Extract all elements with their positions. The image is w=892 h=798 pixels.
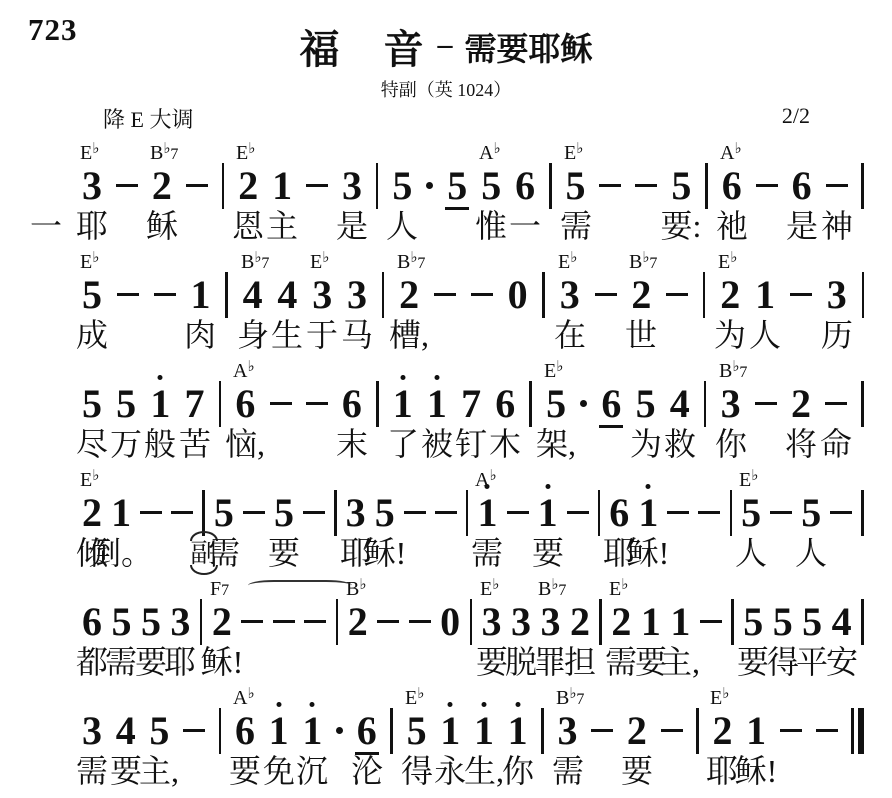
duration-dash [825,402,847,405]
note-row: 5517661176565432 [82,381,864,426]
note-row: 655322033322115554 [82,599,864,644]
note-digit: 7 [185,382,205,426]
note-digit: 5 [741,491,761,535]
note-digit: 1 [393,382,413,426]
lyric-syllable: 稣 [146,208,178,245]
barline [542,272,545,318]
barline [861,381,864,427]
chord-extension: 7 [417,255,425,272]
chord-root: E [564,142,576,164]
notation-system: E♭B♭7E♭A♭E♭A♭3221355565566一耶稣恩主是人惟一需要:祂是… [0,138,892,245]
note-digit: 5 [566,164,586,208]
chord-root: A [233,687,247,709]
note-digit: 2 [399,273,419,317]
barline [200,599,203,645]
chord-label: E♭ [609,578,628,599]
lyric-syllable: 万 [110,426,142,463]
note-digit: 1 [190,273,210,317]
lyric-syllable: 生, [464,753,504,790]
note-digit: 1 [508,709,528,753]
chord-label: B♭7 [241,251,269,272]
note-digit: 1 [746,709,766,753]
chord-extension: 7 [558,582,566,599]
octave-dot [434,375,439,380]
lyric-syllable: 要 [476,644,508,681]
note-digit: 3 [346,491,366,535]
notation-system: F7B♭E♭B♭7E♭655322033322115554都需要耶稣!要脱罪担需… [0,574,892,681]
note-digit: 1 [427,382,447,426]
flat-sign: ♭ [621,577,628,593]
barline [390,708,393,754]
flat-sign: ♭ [556,359,563,375]
lyric-syllable: 得 [401,753,433,790]
chord-label: E♭ [558,251,577,272]
augmentation-dot [580,400,587,407]
lyric-syllable: 免 [263,753,295,790]
duration-dash [661,729,683,732]
lyric-syllable: 肉 [184,317,216,354]
lyric-syllable: 般 [144,426,176,463]
note-digit: 2 [348,600,368,644]
chord-root: E [80,469,92,491]
note-digit: 5 [111,600,131,644]
note-row: 345611651113221 [82,708,864,753]
chord-root: E [80,251,92,273]
chord-root: E [80,142,92,164]
chord-label: E♭ [80,251,99,272]
note-row: 215535116155 [82,490,864,535]
lyric-syllable: 木 [489,426,521,463]
note-digit: 3 [170,600,190,644]
note-digit: 3 [827,273,847,317]
barline [861,163,864,209]
notation-system: A♭E♭B♭7E♭345611651113221需要主,要免沉沦得永生,你需要耶… [0,683,892,790]
notation-system: E♭B♭7E♭B♭7E♭B♭7E♭5144332032213成肉身生于马槽,在世… [0,247,892,354]
duration-dash [241,620,263,623]
chord-label: A♭ [233,687,255,708]
chord-root: B [556,687,569,709]
note-digit: 0 [440,600,460,644]
barline [336,599,339,645]
note-digit: 6 [495,382,515,426]
final-barline [851,708,864,754]
chord-root: B [150,142,163,164]
lyric-syllable: 得 [767,644,799,681]
duration-dash [666,293,688,296]
augmentation-dot [426,182,433,189]
chord-label: E♭ [80,469,99,490]
flat-sign: ♭ [359,577,366,593]
duration-dash [599,184,621,187]
lyric-syllable: 历 [821,317,853,354]
lyric-syllable: 槽, [389,317,429,354]
duration-dash [303,511,325,514]
note-digit: 5 [801,491,821,535]
note-digit: 6 [515,164,535,208]
hymn-title-subname: 需要耶稣 [464,24,592,70]
duration-dash [186,184,208,187]
octave-dot [276,702,281,707]
octave-dot [485,484,490,489]
note-digit: 4 [670,382,690,426]
duration-dash [698,511,720,514]
chord-root: E [544,360,556,382]
lyric-syllable: 你 [502,753,534,790]
lyric-syllable: 于 [306,317,338,354]
flat-sign: ♭ [92,250,99,266]
lyric-syllable: 平 [796,644,828,681]
barline [730,490,733,536]
barline [376,381,379,427]
lyric-syllable: 要 [268,535,300,572]
chord-root: B [719,360,732,382]
lyric-syllable: 为 [630,426,662,463]
barline [696,708,699,754]
lyric-syllable: 耶 [164,644,196,681]
lyric-syllable: 罪 [534,644,566,681]
lyric-syllable: 你 [715,426,747,463]
lyric-syllable: 人 [795,535,827,572]
lyric-syllable: 要: [661,208,702,245]
octave-dot [310,702,315,707]
duration-dash [790,293,812,296]
octave-dot [448,702,453,707]
chord-label: A♭ [720,142,742,163]
note-digit: 6 [792,164,812,208]
chord-extension: 7 [170,146,178,163]
chord-row: E♭B♭7E♭B♭7E♭B♭7E♭ [82,247,864,272]
duration-dash [409,620,431,623]
note-digit: 4 [116,709,136,753]
duration-dash [243,511,265,514]
duration-dash [404,511,426,514]
chord-label: E♭ [236,142,255,163]
lyric-row: 倾倒。副需要耶稣!需要耶稣!人人 [82,535,864,572]
duration-dash [591,729,613,732]
barline [703,272,706,318]
barline [219,708,222,754]
lyric-syllable: 需 [471,535,503,572]
flat-sign: ♭ [417,686,424,702]
chord-root: F [210,578,221,600]
hymn-title-dash: – [437,28,452,62]
lyric-syllable: 担 [564,644,596,681]
duration-dash [635,184,657,187]
time-signature: 2/2 [782,103,810,129]
note-row: 5144332032213 [82,272,864,317]
chord-label: E♭ [718,251,737,272]
lyric-syllable: 为 [714,317,746,354]
notation-system: E♭A♭E♭215535116155倾倒。副需要耶稣!需要耶稣!人人 [0,465,892,572]
duration-dash [306,402,328,405]
duration-dash [826,184,848,187]
note-digit: 5 [149,709,169,753]
note-digit: 5 [141,600,161,644]
flat-sign: ♭ [248,141,255,157]
barline [861,490,864,536]
note-digit: 6 [235,382,255,426]
chord-label: E♭ [310,251,329,272]
chord-label: E♭ [710,687,729,708]
note-digit: 5 [447,164,467,208]
note-digit: 1 [538,491,558,535]
lyric-syllable: 沦 [351,753,383,790]
lyric-syllable: 要 [229,753,261,790]
barline [202,490,205,536]
chord-label: B♭7 [629,251,657,272]
note-digit: 5 [116,382,136,426]
flat-sign: ♭ [92,468,99,484]
chord-label: E♭ [480,578,499,599]
final-barline-thick [858,708,864,754]
note-digit: 5 [773,600,793,644]
flat-sign: ♭ [247,359,254,375]
lyric-syllable: 在 [554,317,586,354]
flat-sign: ♭ [751,468,758,484]
chord-label: B♭7 [719,360,747,381]
lyric-row: 需要主,要免沉沦得永生,你需要耶稣! [82,753,864,790]
chord-root: A [479,142,493,164]
lyric-syllable: 苦 [179,426,211,463]
barline [598,490,601,536]
note-digit: 5 [636,382,656,426]
chord-root: E [480,578,492,600]
note-row: 3221355565566 [82,163,864,208]
lyric-syllable: 是 [336,208,368,245]
note-digit: 1 [477,491,497,535]
duration-dash [306,184,328,187]
note-digit: 5 [214,491,234,535]
barline [705,163,708,209]
notation-system: A♭E♭B♭75517661176565432尽万般苦恼,末了被钉木架,为救你将… [0,356,892,463]
note-digit: 6 [609,491,629,535]
note-digit: 5 [375,491,395,535]
note-digit: 1 [670,600,690,644]
duration-dash [171,511,193,514]
barline [222,163,225,209]
note-digit: 5 [392,164,412,208]
lyric-syllable: 要 [135,644,167,681]
lyric-syllable: 是 [786,208,818,245]
chord-label: B♭7 [556,687,584,708]
duration-dash [507,511,529,514]
chord-root: B [346,578,359,600]
duration-dash [270,402,292,405]
chord-root: E [609,578,621,600]
note-digit: 1 [272,164,292,208]
lyric-syllable: 恼, [225,426,265,463]
score: E♭B♭7E♭A♭E♭A♭3221355565566一耶稣恩主是人惟一需要:祂是… [0,138,892,792]
octave-dot [545,484,550,489]
lyric-syllable: 马 [341,317,373,354]
duration-dash [756,184,778,187]
note-digit: 3 [558,709,578,753]
note-digit: 3 [82,164,102,208]
hymn-title: 福 音 – 需要耶稣 [0,18,892,75]
chord-label: E♭ [544,360,563,381]
note-digit: 3 [312,273,332,317]
lyric-syllable: 生 [271,317,303,354]
note-digit: 4 [277,273,297,317]
lyric-syllable: 架, [536,426,576,463]
lyric-syllable: 被 [421,426,453,463]
note-digit: 7 [461,382,481,426]
chord-root: E [558,251,570,273]
lyric-syllable: 耶 [76,208,108,245]
note-digit: 2 [212,600,232,644]
chord-root: E [236,142,248,164]
chord-row: F7B♭E♭B♭7E♭ [82,574,864,599]
chord-row: E♭B♭7E♭A♭E♭A♭ [82,138,864,163]
tie-slur [248,580,352,591]
augmentation-dot [336,727,343,734]
lyric-syllable: 脱 [505,644,537,681]
note-digit: 1 [474,709,494,753]
duration-dash [434,293,456,296]
note-digit: 2 [720,273,740,317]
lyric-syllable: 要 [621,753,653,790]
note-digit: 1 [150,382,170,426]
duration-dash [273,620,295,623]
chord-extension: 7 [221,582,229,599]
duration-dash [183,729,205,732]
flat-sign: ♭ [722,686,729,702]
barline [861,599,864,645]
lyric-syllable: 稣! [201,644,244,681]
lyric-syllable: 了 [387,426,419,463]
note-digit: 2 [238,164,258,208]
note-digit: 3 [82,709,102,753]
note-digit: 2 [570,600,590,644]
chord-label: B♭ [346,578,366,599]
note-digit: 6 [342,382,362,426]
lyric-syllable: 需 [552,753,584,790]
note-digit: 2 [631,273,651,317]
note-digit: 2 [791,382,811,426]
duration-dash [816,729,838,732]
duration-dash [154,293,176,296]
duration-dash [755,402,777,405]
lyric-syllable: 稣! [364,535,407,572]
lyric-syllable: 需 [208,535,240,572]
duration-dash [471,293,493,296]
duration-dash [830,511,852,514]
chord-root: E [405,687,417,709]
lyric-syllable: 耶 [706,753,738,790]
lyric-syllable: 需 [105,644,137,681]
lyric-syllable: 将 [785,426,817,463]
note-digit: 3 [342,164,362,208]
lyric-syllable: 要 [737,644,769,681]
octave-dot [158,375,163,380]
note-digit: 2 [627,709,647,753]
flat-sign: ♭ [492,577,499,593]
duration-dash [435,511,457,514]
lyric-syllable: 需 [560,208,592,245]
flat-sign: ♭ [570,250,577,266]
note-digit: 5 [82,382,102,426]
chord-label: A♭ [233,360,255,381]
duration-dash [595,293,617,296]
chord-label: B♭7 [397,251,425,272]
barline [334,490,337,536]
barline [862,272,865,318]
chord-extension: 7 [576,691,584,708]
hymn-title-main: 福 音 [299,18,425,75]
duration-dash [140,511,162,514]
lyric-syllable: 惟 [475,208,507,245]
lyric-syllable: 安 [826,644,858,681]
key-signature: 降 E 大调 [103,103,193,134]
chord-root: B [397,251,410,273]
lyric-syllable: 神 [821,208,853,245]
barline [599,599,602,645]
note-digit: 3 [560,273,580,317]
note-digit: 1 [302,709,322,753]
lyric-syllable: 祂 [716,208,748,245]
lyric-syllable: 永 [434,753,466,790]
chord-root: E [310,251,322,273]
barline [549,163,552,209]
lyric-row: 都需要耶稣!要脱罪担需要主,要得平安 [82,644,864,681]
note-digit: 5 [743,600,763,644]
barline [382,272,385,318]
chord-root: E [710,687,722,709]
chord-row: A♭E♭B♭7E♭ [82,683,864,708]
final-barline-thin [851,708,854,754]
chord-label: E♭ [739,469,758,490]
chord-root: E [718,251,730,273]
flat-sign: ♭ [489,468,496,484]
note-digit: 2 [152,164,172,208]
chord-label: E♭ [405,687,424,708]
note-digit: 3 [482,600,502,644]
note-digit: 5 [546,382,566,426]
note-digit: 5 [481,164,501,208]
note-digit: 4 [243,273,263,317]
chord-label: B♭7 [538,578,566,599]
octave-dot [481,702,486,707]
note-digit: 0 [508,273,528,317]
octave-dot [646,484,651,489]
chord-label: F7 [210,579,229,599]
chord-root: B [241,251,254,273]
note-digit: 6 [235,709,255,753]
chord-root: A [720,142,734,164]
lyric-syllable: 人 [735,535,767,572]
chord-label: E♭ [564,142,583,163]
barline [704,381,707,427]
hymn-sheet-page: 723 福 音 – 需要耶稣 特副（英 1024） 降 E 大调 2/2 E♭B… [0,0,892,798]
lyric-syllable: 主 [266,208,298,245]
note-digit: 6 [357,709,377,753]
note-digit: 1 [269,709,289,753]
lyric-row: 成肉身生于马槽,在世为人历 [82,317,864,354]
lyric-syllable: 需 [605,644,637,681]
note-digit: 5 [82,273,102,317]
flat-sign: ♭ [730,250,737,266]
chord-label: B♭7 [150,142,178,163]
lyric-syllable: 需 [76,753,108,790]
lyric-syllable: 人 [749,317,781,354]
note-digit: 5 [407,709,427,753]
duration-dash [780,729,802,732]
chord-root: B [538,578,551,600]
lyric-syllable: 主, [139,753,179,790]
chord-row: E♭A♭E♭ [82,465,864,490]
note-digit: 3 [511,600,531,644]
duration-dash [700,620,722,623]
